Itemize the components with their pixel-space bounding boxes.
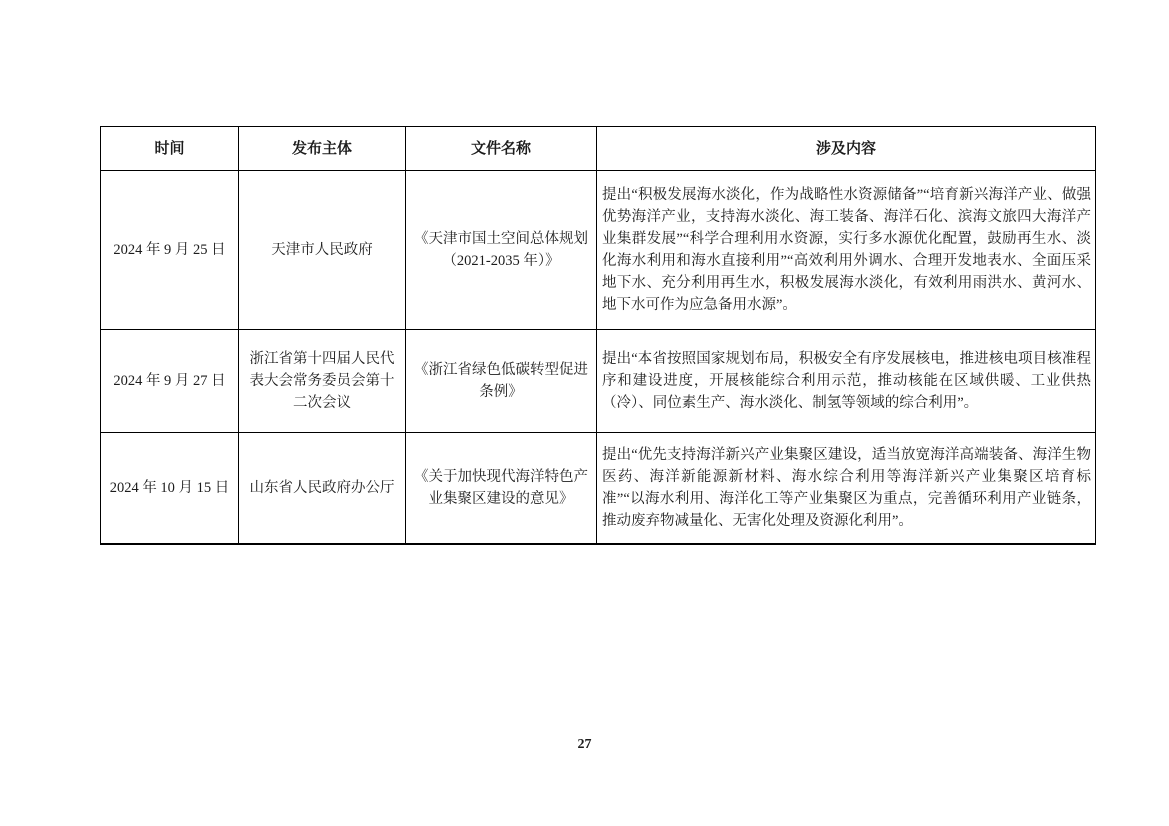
table-row: 2024 年 9 月 27 日 浙江省第十四届人民代表大会常务委员会第十二次会议… <box>101 330 1096 433</box>
cell-date: 2024 年 10 月 15 日 <box>101 433 239 544</box>
cell-document: 《浙江省绿色低碳转型促进条例》 <box>406 330 597 433</box>
table-row: 2024 年 10 月 15 日 山东省人民政府办公厅 《关于加快现代海洋特色产… <box>101 433 1096 544</box>
header-row: 时间 发布主体 文件名称 涉及内容 <box>101 127 1096 171</box>
col-header-time: 时间 <box>101 127 239 171</box>
page-number: 27 <box>0 737 1169 753</box>
cell-publisher: 天津市人民政府 <box>239 171 406 330</box>
table-header: 时间 发布主体 文件名称 涉及内容 <box>101 127 1096 171</box>
table-row: 2024 年 9 月 25 日 天津市人民政府 《天津市国土空间总体规划（202… <box>101 171 1096 330</box>
document-page: 时间 发布主体 文件名称 涉及内容 2024 年 9 月 25 日 天津市人民政… <box>0 0 1169 826</box>
cell-publisher: 浙江省第十四届人民代表大会常务委员会第十二次会议 <box>239 330 406 433</box>
cell-publisher: 山东省人民政府办公厅 <box>239 433 406 544</box>
policy-table: 时间 发布主体 文件名称 涉及内容 2024 年 9 月 25 日 天津市人民政… <box>100 126 1096 545</box>
cell-document: 《关于加快现代海洋特色产业集聚区建设的意见》 <box>406 433 597 544</box>
cell-content: 提出“积极发展海水淡化，作为战略性水资源储备”“培育新兴海洋产业、做强优势海洋产… <box>597 171 1096 330</box>
col-header-document: 文件名称 <box>406 127 597 171</box>
cell-content: 提出“本省按照国家规划布局，积极安全有序发展核电，推进核电项目核准程序和建设进度… <box>597 330 1096 433</box>
cell-document: 《天津市国土空间总体规划（2021-2035 年）》 <box>406 171 597 330</box>
col-header-content: 涉及内容 <box>597 127 1096 171</box>
table-body: 2024 年 9 月 25 日 天津市人民政府 《天津市国土空间总体规划（202… <box>101 171 1096 544</box>
cell-date: 2024 年 9 月 27 日 <box>101 330 239 433</box>
cell-content: 提出“优先支持海洋新兴产业集聚区建设，适当放宽海洋高端装备、海洋生物医药、海洋新… <box>597 433 1096 544</box>
cell-date: 2024 年 9 月 25 日 <box>101 171 239 330</box>
col-header-publisher: 发布主体 <box>239 127 406 171</box>
